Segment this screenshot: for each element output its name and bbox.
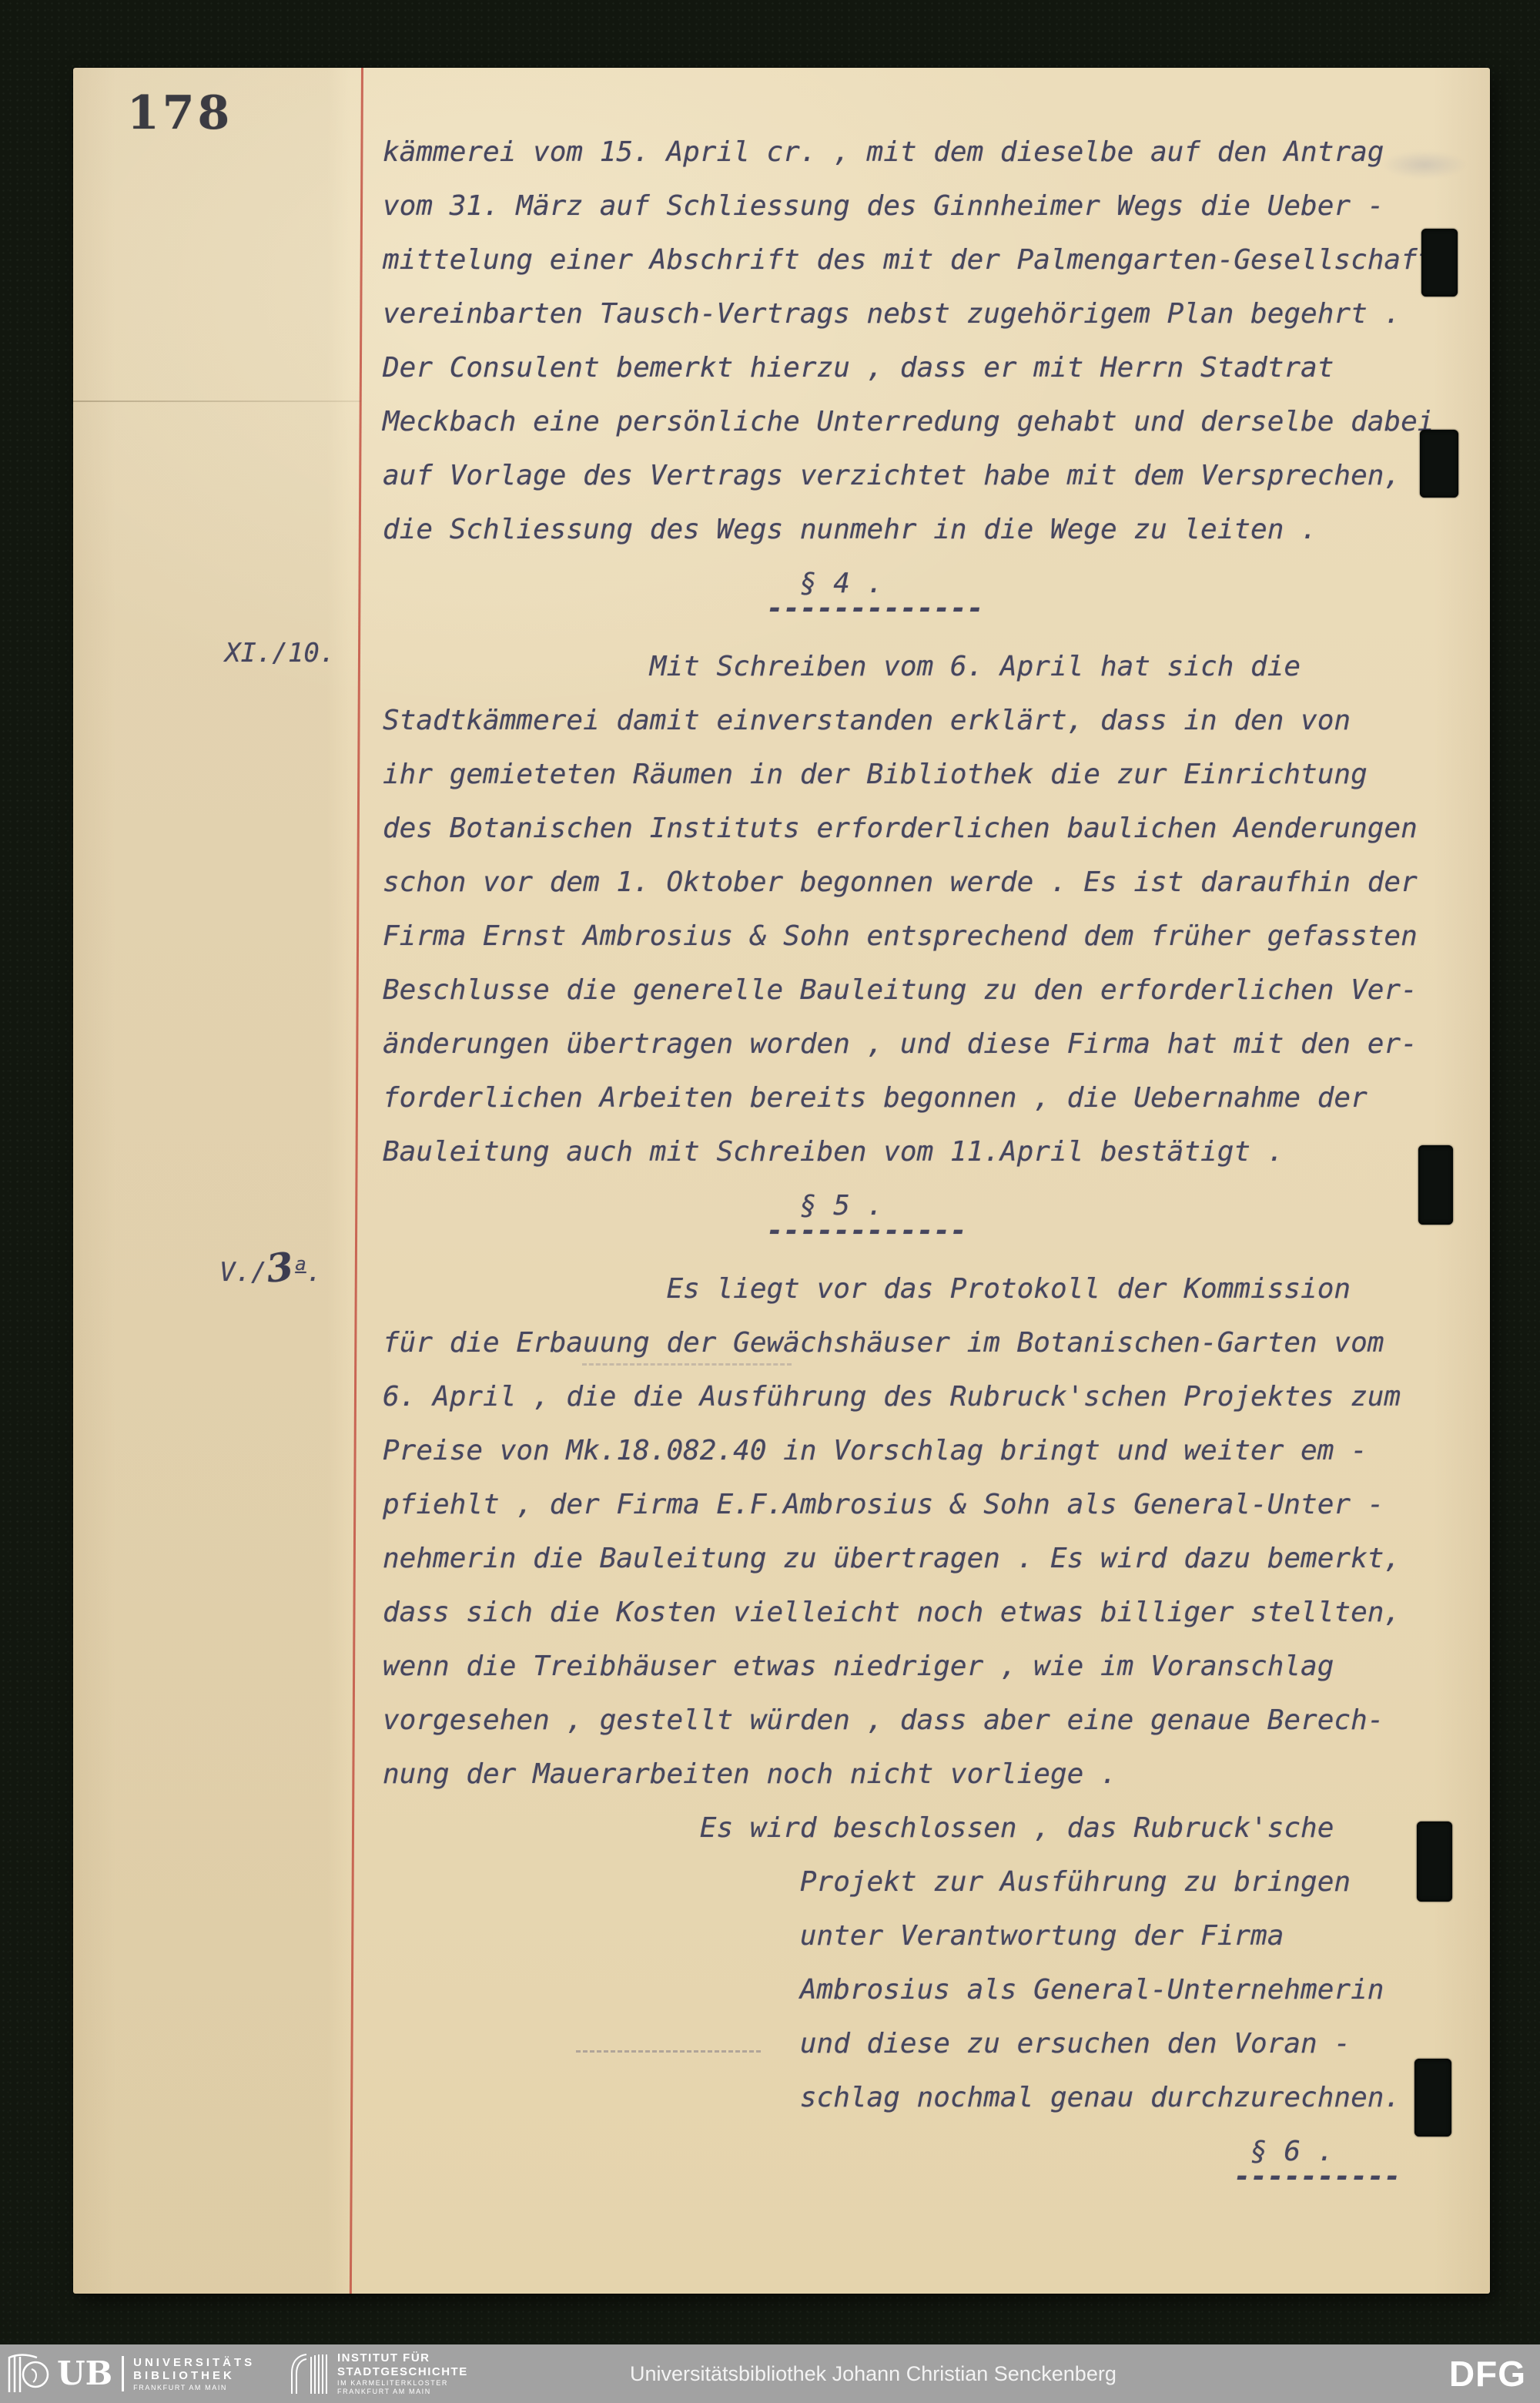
library-attribution: Universitätsbibliothek Johann Christian … — [630, 2344, 1116, 2403]
ub-line3: FRANKFURT AM MAIN — [133, 2384, 255, 2391]
typed-line: pfiehlt , der Firma E.F.Ambrosius & Sohn… — [383, 1485, 1434, 1539]
typed-line: Mit Schreiben vom 6. April hat sich die — [383, 647, 1434, 701]
typewritten-text-block: kämmerei vom 15. April cr. , mit dem die… — [383, 132, 1434, 2215]
typed-line: Ambrosius als General-Unternehmerin — [383, 1970, 1434, 2024]
typed-line: Es wird beschlossen , das Rubruck'sche — [383, 1808, 1434, 1862]
section-separator: ------------ — [383, 1222, 1434, 1269]
typed-line: forderlichen Arbeiten bereits begonnen ,… — [383, 1078, 1434, 1132]
binding-tape-mark — [1414, 2059, 1451, 2137]
institut-line1: INSTITUT FÜR — [337, 2351, 468, 2364]
typed-line: nung der Mauerarbeiten noch nicht vorlie… — [383, 1754, 1434, 1808]
typed-line: Meckbach eine persönliche Unterredung ge… — [383, 402, 1434, 456]
dfg-logo: DFG — [1449, 2344, 1526, 2403]
paper-crease — [73, 400, 361, 402]
ub-line2: BIBLIOTHEK — [133, 2369, 255, 2382]
typed-line: mittelung einer Abschrift des mit der Pa… — [383, 240, 1434, 294]
faded-dashed-line — [582, 1363, 792, 1366]
section-separator: ------------- — [383, 599, 1434, 647]
typed-line: Es liegt vor das Protokoll der Kommissio… — [383, 1269, 1434, 1323]
typed-line: Stadtkämmerei damit einverstanden erklär… — [383, 701, 1434, 755]
typed-line: Der Consulent bemerkt hierzu , dass er m… — [383, 348, 1434, 402]
typed-line: die Schliessung des Wegs nunmehr in die … — [383, 510, 1434, 564]
institut-line4: FRANKFURT AM MAIN — [337, 2388, 468, 2395]
typed-line: schon vor dem 1. Oktober begonnen werde … — [383, 863, 1434, 917]
typed-line: Bauleitung auch mit Schreiben vom 11.Apr… — [383, 1132, 1434, 1186]
section-separator: ---------- — [383, 2167, 1434, 2215]
superscript-letter: a — [295, 1253, 306, 1275]
page-number: 178 — [127, 86, 233, 140]
margin-note-v-3a: V./3a. — [219, 1245, 322, 1290]
binding-tape-mark — [1417, 1822, 1452, 1902]
typed-line: änderungen übertragen worden , und diese… — [383, 1024, 1434, 1078]
institut-stadtgeschichte-logo: INSTITUT FÜR STADTGESCHICHTE IM KARMELIT… — [288, 2344, 468, 2403]
binding-tape-mark — [1420, 430, 1458, 498]
typed-line: Preise von Mk.18.082.40 in Vorschlag bri… — [383, 1431, 1434, 1485]
typed-line: wenn die Treibhäuser etwas niedriger , w… — [383, 1647, 1434, 1701]
margin-note-text: XI./10. — [225, 638, 335, 669]
typed-line: nehmerin die Bauleitung zu übertragen . … — [383, 1539, 1434, 1593]
footer-bar: UB UNIVERSITÄTS BIBLIOTHEK FRANKFURT AM … — [0, 2344, 1540, 2403]
binding-tape-mark — [1418, 1145, 1453, 1225]
typed-line: dass sich die Kosten vielleicht noch etw… — [383, 1593, 1434, 1647]
ub-line1: UNIVERSITÄTS — [133, 2356, 255, 2369]
faded-dashed-line — [576, 2050, 761, 2053]
margin-note-suffix: . — [306, 1257, 322, 1288]
typed-line: Beschlusse die generelle Bauleitung zu d… — [383, 970, 1434, 1024]
typed-line: für die Erbauung der Gewächshäuser im Bo… — [383, 1323, 1434, 1377]
binding-tape-mark — [1421, 229, 1458, 297]
institut-line3: IM KARMELITERKLOSTER — [337, 2379, 468, 2387]
logo-divider — [122, 2356, 124, 2391]
karmeliterkloster-arch-icon — [288, 2353, 331, 2395]
typed-line: des Botanischen Instituts erforderlichen… — [383, 809, 1434, 863]
scan-background: 178 XI./10. V./3a. kämmerei vom 15. Apri… — [0, 0, 1540, 2403]
typed-line: und diese zu ersuchen den Voran - — [383, 2024, 1434, 2078]
margin-note-prefix: V./ — [219, 1257, 266, 1288]
typed-line: auf Vorlage des Vertrags verzichtet habe… — [383, 456, 1434, 510]
typed-line: schlag nochmal genau durchzurechnen. — [383, 2078, 1434, 2132]
typed-line: Projekt zur Ausführung zu bringen — [383, 1862, 1434, 1916]
typed-line: vom 31. März auf Schliessung des Ginnhei… — [383, 186, 1434, 240]
typed-line: Firma Ernst Ambrosius & Sohn entsprechen… — [383, 917, 1434, 970]
typed-line: 6. April , die die Ausführung des Rubruc… — [383, 1377, 1434, 1431]
ub-abbr: UB — [57, 2358, 112, 2390]
ub-books-icon — [6, 2354, 51, 2394]
handwritten-number: 3 — [264, 1243, 296, 1292]
typed-line: kämmerei vom 15. April cr. , mit dem die… — [383, 132, 1434, 186]
margin-note-xi-10: XI./10. — [225, 638, 335, 669]
typed-line: vorgesehen , gestellt würden , dass aber… — [383, 1701, 1434, 1754]
typed-line: unter Verantwortung der Firma — [383, 1916, 1434, 1970]
document-page: 178 XI./10. V./3a. kämmerei vom 15. Apri… — [73, 68, 1490, 2294]
ub-logo: UB UNIVERSITÄTS BIBLIOTHEK FRANKFURT AM … — [6, 2344, 255, 2403]
typed-line: ihr gemieteten Räumen in der Bibliothek … — [383, 755, 1434, 809]
institut-line2: STADTGESCHICHTE — [337, 2365, 468, 2378]
typed-line: vereinbarten Tausch-Vertrags nebst zugeh… — [383, 294, 1434, 348]
